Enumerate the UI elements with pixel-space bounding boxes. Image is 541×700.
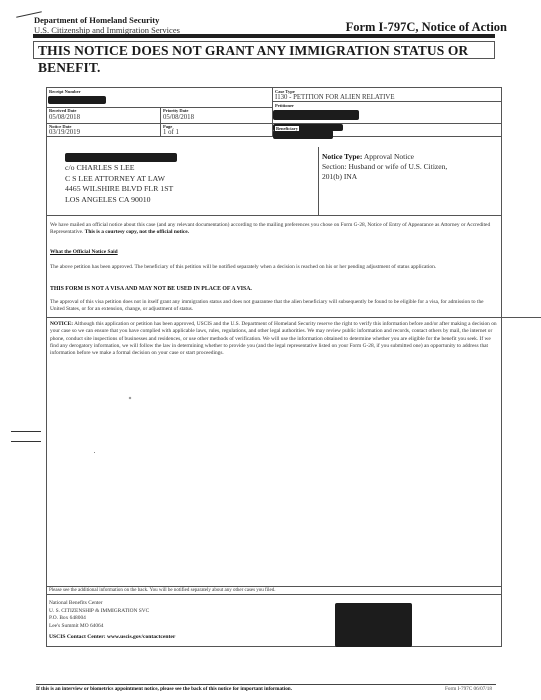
- section-line: 201(b) INA: [322, 172, 447, 182]
- notice-text: Although this application or petition ha…: [50, 321, 497, 356]
- margin-mark: [11, 431, 41, 432]
- address-line: LOS ANGELES CA 90010: [65, 195, 173, 206]
- grid-line: [46, 215, 502, 216]
- center-line: U. S. CITIZENSHIP & IMMIGRATION SVC: [49, 608, 149, 616]
- case-type-value: I130 - PETITION FOR ALIEN RELATIVE: [275, 94, 395, 101]
- footer-divider: [36, 684, 496, 685]
- received-date-value: 05/08/2018: [49, 114, 80, 121]
- margin-mark: [11, 441, 41, 442]
- section-line: Section: Husband or wife of U.S. Citizen…: [322, 162, 447, 172]
- address-line: C S LEE ATTORNEY AT LAW: [65, 174, 173, 185]
- approved-paragraph: The above petition has been approved. Th…: [50, 264, 498, 271]
- mailing-address: c/o CHARLES S LEE C S LEE ATTORNEY AT LA…: [65, 163, 173, 205]
- notice-date-value: 03/19/2019: [49, 129, 80, 136]
- petitioner-label: Petitioner: [275, 103, 294, 108]
- center-name: National Benefits Center: [49, 600, 149, 608]
- approval-paragraph: The approval of this visa petition does …: [50, 299, 498, 314]
- redacted-receipt-number: [48, 96, 106, 104]
- redacted-petitioner: [273, 110, 359, 120]
- additional-info-text: Please see the additional information on…: [49, 587, 275, 594]
- grid-line: [272, 101, 502, 102]
- address-line: 4465 WILSHIRE BLVD FLR 1ST: [65, 184, 173, 195]
- department-name: Department of Homeland Security: [34, 15, 159, 25]
- grid-line: [46, 317, 541, 318]
- notice-type-block: Notice Type: Approval Notice Section: Hu…: [322, 152, 447, 182]
- grid-line: [318, 147, 319, 215]
- service-center-address: National Benefits Center U. S. CITIZENSH…: [49, 600, 149, 630]
- priority-date-value: 05/08/2018: [163, 114, 194, 121]
- center-line: P.O. Box 648004: [49, 615, 149, 623]
- official-notice-heading: What the Official Notice Said: [50, 249, 118, 256]
- notice-type-label: Notice Type:: [322, 152, 362, 161]
- scan-artifact: [94, 452, 95, 453]
- footer-notice: If this is an interview or biometrics ap…: [36, 686, 292, 692]
- received-date-label: Received Date: [49, 108, 76, 113]
- courtesy-paragraph: We have mailed an official notice about …: [50, 222, 498, 237]
- courtesy-bold: This is a courtesy copy, not the officia…: [85, 229, 189, 235]
- notice-type-value: Approval Notice: [364, 152, 414, 161]
- form-identifier: Form I-797C 06/07/18: [445, 686, 492, 692]
- priority-date-label: Priority Date: [163, 108, 188, 113]
- verification-notice: NOTICE: Although this application or pet…: [50, 321, 498, 357]
- contact-center: USCIS Contact Center: www.uscis.gov/cont…: [49, 634, 175, 641]
- address-line: c/o CHARLES S LEE: [65, 163, 173, 174]
- redacted-barcode: [335, 603, 412, 647]
- not-visa-warning: THIS FORM IS NOT A VISA AND MAY NOT BE U…: [50, 286, 252, 293]
- notice-label: NOTICE:: [50, 321, 73, 327]
- form-title: Form I-797C, Notice of Action: [346, 20, 507, 35]
- redacted-beneficiary: [273, 130, 333, 139]
- beneficiary-label: Beneficiary: [275, 126, 299, 131]
- redacted-recipient-name: [65, 153, 177, 162]
- grid-line: [160, 107, 161, 136]
- header-divider: [33, 34, 495, 38]
- center-line: Lee's Summit MO 64064: [49, 623, 149, 631]
- status-banner: THIS NOTICE DOES NOT GRANT ANY IMMIGRATI…: [33, 41, 495, 59]
- receipt-number-label: Receipt Number: [49, 89, 81, 94]
- page-value: 1 of 1: [163, 129, 179, 136]
